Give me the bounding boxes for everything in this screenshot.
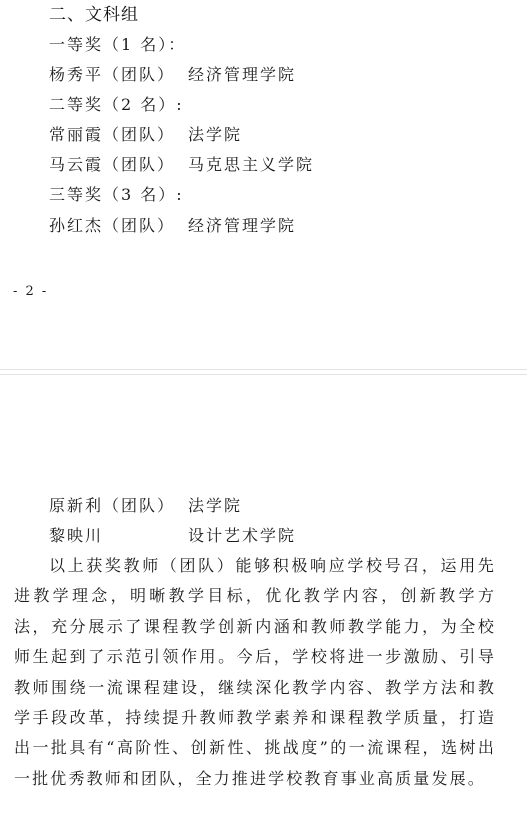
award-level-first: 一等奖（1 名）： <box>49 30 186 60</box>
award-level-third: 三等奖（3 名）: <box>49 180 184 210</box>
winner-name: 黎映川 <box>49 526 103 545</box>
winner-college: 经济管理学院 <box>188 60 296 90</box>
winner-name: 马云霞（团队） <box>49 155 175 174</box>
award-level-second: 二等奖（2 名）: <box>49 90 184 120</box>
page-break-divider <box>0 369 527 375</box>
closing-paragraph: 以上获奖教师（团队）能够积极响应学校号召，运用先进教学理念，明晰教学目标，优化教… <box>14 551 496 794</box>
winner-college: 经济管理学院 <box>188 211 296 241</box>
winner-college: 马克思主义学院 <box>188 150 314 180</box>
page-number: - 2 - <box>13 282 48 302</box>
winner-row: 杨秀平（团队） 经济管理学院 <box>49 60 175 90</box>
winner-college: 法学院 <box>188 491 242 521</box>
winner-name: 原新利（团队） <box>49 496 175 515</box>
winner-row: 马云霞（团队） 马克思主义学院 <box>49 150 175 180</box>
winner-name: 常丽霞（团队） <box>49 125 175 144</box>
winner-row: 原新利（团队） 法学院 <box>49 491 175 521</box>
winner-college: 设计艺术学院 <box>188 521 296 551</box>
winner-college: 法学院 <box>188 120 242 150</box>
winner-name: 孙红杰（团队） <box>49 216 175 235</box>
winner-name: 杨秀平（团队） <box>49 65 175 84</box>
winner-row: 黎映川 设计艺术学院 <box>49 521 103 551</box>
winner-row: 常丽霞（团队） 法学院 <box>49 120 175 150</box>
section-heading: 二、文科组 <box>49 0 139 30</box>
winner-row: 孙红杰（团队） 经济管理学院 <box>49 211 175 241</box>
